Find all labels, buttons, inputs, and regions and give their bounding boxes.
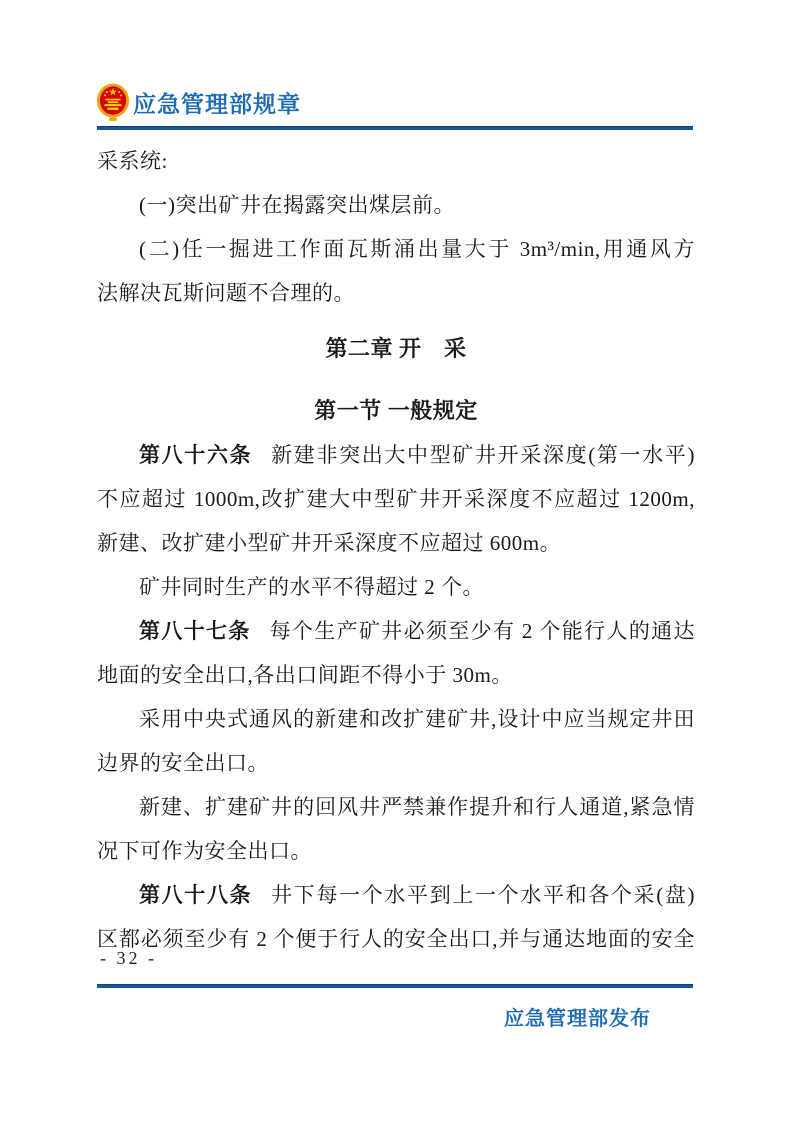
chapter-heading: 第二章 开 采: [97, 327, 695, 371]
text-line: 矿井同时生产的水平不得超过 2 个。: [97, 565, 695, 609]
article-text: 每个生产矿井必须至少有 2 个能行人的通达: [270, 619, 695, 643]
article-number: 第八十六条: [139, 444, 252, 467]
header-rule: [97, 126, 693, 130]
text-line: (二)任一掘进工作面瓦斯涌出量大于 3m³/min,用通风方: [97, 227, 695, 271]
text-line: (一)突出矿井在揭露突出煤层前。: [97, 183, 695, 227]
page-number: - 32 -: [100, 948, 157, 969]
text-line: 采系统:: [97, 139, 695, 183]
text-line: 新建、改扩建小型矿井开采深度不应超过 600m。: [97, 521, 695, 565]
publisher-label: 应急管理部发布: [504, 1002, 651, 1031]
document-body: 采系统:(一)突出矿井在揭露突出煤层前。(二)任一掘进工作面瓦斯涌出量大于 3m…: [97, 139, 695, 961]
page-header: 应急管理部规章: [96, 83, 301, 121]
header-title: 应急管理部规章: [133, 86, 301, 119]
article-text: 井下每一个水平到上一个水平和各个采(盘): [271, 883, 695, 907]
text-line: 不应超过 1000m,改扩建大中型矿井开采深度不应超过 1200m,: [97, 477, 695, 521]
article-line: 第八十八条井下每一个水平到上一个水平和各个采(盘): [97, 873, 695, 917]
footer-rule: [97, 984, 693, 988]
text-line: 地面的安全出口,各出口间距不得小于 30m。: [97, 653, 695, 697]
text-line: 区都必须至少有 2 个便于行人的安全出口,并与通达地面的安全: [97, 917, 695, 961]
article-text: 新建非突出大中型矿井开采深度(第一水平): [271, 443, 695, 467]
document-page: 应急管理部规章 采系统:(一)突出矿井在揭露突出煤层前。(二)任一掘进工作面瓦斯…: [0, 0, 793, 1122]
text-line: 边界的安全出口。: [97, 741, 695, 785]
national-emblem-icon: [96, 83, 130, 121]
section-heading: 第一节 一般规定: [97, 389, 695, 433]
text-line: 法解决瓦斯问题不合理的。: [97, 271, 695, 315]
text-line: 采用中央式通风的新建和改扩建矿井,设计中应当规定井田: [97, 697, 695, 741]
text-line: 新建、扩建矿井的回风井严禁兼作提升和行人通道,紧急情: [97, 785, 695, 829]
article-line: 第八十七条每个生产矿井必须至少有 2 个能行人的通达: [97, 609, 695, 653]
text-line: 况下可作为安全出口。: [97, 829, 695, 873]
article-number: 第八十七条: [139, 620, 251, 643]
article-line: 第八十六条新建非突出大中型矿井开采深度(第一水平): [97, 433, 695, 477]
article-number: 第八十八条: [139, 884, 252, 907]
